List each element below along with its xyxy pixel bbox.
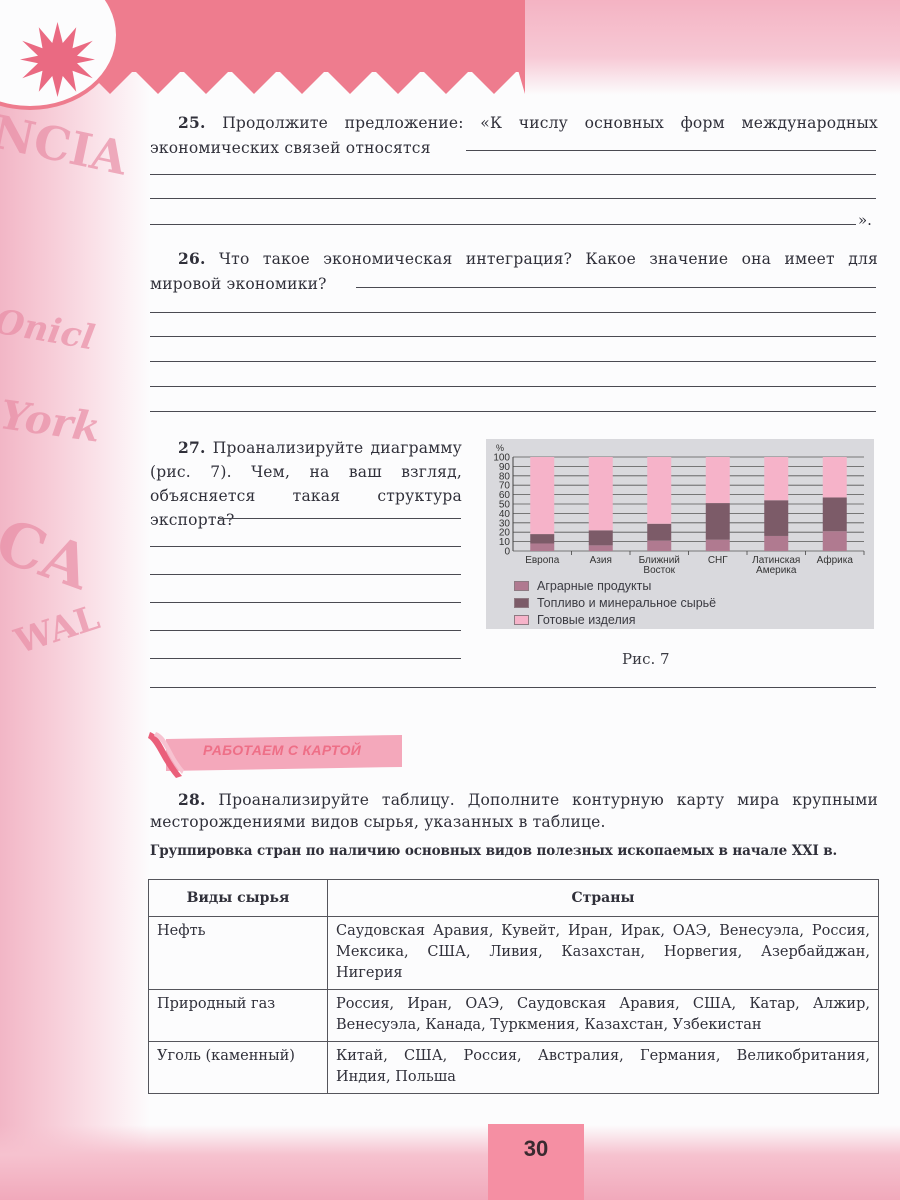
bar-segment	[589, 530, 613, 545]
figure-caption: Рис. 7	[622, 650, 670, 668]
task-28: 28. Проанализируйте таблицу. Дополните к…	[150, 789, 878, 833]
page-number: 30	[488, 1136, 584, 1162]
resource-cell: Уголь (каменный)	[149, 1042, 328, 1094]
table-header-row: Виды сырья Страны	[149, 880, 879, 917]
section-banner: РАБОТАЕМ С КАРТОЙ	[148, 728, 403, 780]
legend-swatch	[514, 581, 529, 591]
countries-cell: Китай, США, Россия, Австралия, Германия,…	[328, 1042, 879, 1094]
legend-label: Топливо и минеральное сырьё	[537, 596, 716, 610]
column-header-resource: Виды сырья	[149, 880, 328, 917]
task-number: 25.	[178, 113, 206, 132]
y-axis-label: %	[496, 443, 504, 453]
x-tick-label: Азия	[590, 555, 612, 566]
background-word: Onicl	[0, 302, 98, 359]
left-decorative-strip: NCIA Onicl York CA WAL	[0, 0, 150, 1200]
resource-cell: Нефть	[149, 917, 328, 990]
answer-line[interactable]	[150, 602, 461, 603]
header-photo-band	[525, 0, 900, 95]
bar-segment	[647, 541, 671, 551]
star-icon	[20, 22, 95, 97]
legend-item: Топливо и минеральное сырьё	[514, 595, 716, 611]
closing-quote: ».	[858, 211, 872, 229]
bar-segment	[647, 524, 671, 541]
y-tick-label: 20	[499, 528, 511, 539]
answer-line[interactable]	[150, 630, 461, 631]
answer-line[interactable]	[150, 174, 876, 175]
table-title: Группировка стран по наличию основных ви…	[150, 843, 837, 859]
background-word: NCIA	[0, 104, 132, 185]
y-tick-label: 10	[499, 537, 511, 548]
y-tick-label: 50	[499, 500, 511, 511]
y-tick-label: 80	[499, 471, 511, 482]
legend-item: Готовые изделия	[514, 612, 716, 628]
answer-line[interactable]	[150, 361, 876, 362]
footer-decoration	[0, 1125, 900, 1200]
y-tick-label: 70	[499, 481, 511, 492]
answer-line[interactable]	[150, 411, 876, 412]
x-tick-label: Африка	[817, 554, 854, 566]
bar-segment	[647, 457, 671, 524]
legend-label: Аграрные продукты	[537, 579, 651, 593]
bar-segment	[706, 540, 730, 551]
x-tick-label: Европа	[525, 555, 560, 566]
answer-line[interactable]	[150, 198, 876, 199]
bar-segment	[764, 457, 788, 500]
table-row: Нефть Саудовская Аравия, Кувейт, Иран, И…	[149, 917, 879, 990]
bar-segment	[530, 534, 554, 543]
task-25: 25. Продолжите предложение: «К числу осн…	[150, 110, 878, 161]
bar-segment	[589, 545, 613, 551]
chart-legend: Аграрные продуктыТопливо и минеральное с…	[514, 578, 716, 629]
bar-segment	[764, 500, 788, 536]
y-tick-label: 60	[499, 490, 511, 501]
y-tick-label: 90	[499, 462, 511, 473]
export-structure-chart: %0102030405060708090100ЕвропаАзияБлижний…	[486, 439, 874, 629]
bar-segment	[706, 457, 730, 503]
answer-line[interactable]	[150, 336, 876, 337]
answer-line[interactable]	[356, 287, 876, 288]
legend-swatch	[514, 598, 529, 608]
y-tick-label: 100	[493, 453, 510, 464]
background-word: WAL	[10, 598, 104, 663]
answer-line[interactable]	[150, 546, 461, 547]
answer-line[interactable]	[150, 224, 856, 225]
bar-segment	[706, 503, 730, 540]
answer-line[interactable]	[150, 312, 876, 313]
y-tick-label: 0	[504, 547, 510, 558]
page-number-box: 30	[488, 1124, 584, 1200]
countries-cell: Россия, Иран, ОАЭ, Саудовская Аравия, СШ…	[328, 990, 879, 1042]
answer-line[interactable]	[150, 687, 876, 688]
background-word: CA	[0, 506, 99, 604]
column-header-countries: Страны	[328, 880, 879, 917]
header-red-band	[60, 0, 525, 72]
task-number: 27.	[178, 438, 206, 457]
bar-segment	[589, 457, 613, 530]
bar-segment	[823, 497, 847, 531]
answer-line[interactable]	[150, 574, 461, 575]
zigzag-edge	[60, 68, 525, 94]
bar-segment	[764, 536, 788, 551]
task-26: 26. Что такое экономическая интеграция? …	[150, 246, 878, 297]
task-text: Проанализируйте таблицу. Дополните конту…	[150, 791, 878, 831]
x-tick-label: СНГ	[708, 555, 728, 566]
legend-swatch	[514, 615, 529, 625]
legend-label: Готовые изделия	[537, 613, 636, 627]
countries-cell: Саудовская Аравия, Кувейт, Иран, Ирак, О…	[328, 917, 879, 990]
resources-table: Виды сырья Страны Нефть Саудовская Арави…	[148, 879, 879, 1094]
x-tick-label: Восток	[643, 565, 675, 576]
banner-curl-decoration	[148, 728, 188, 780]
background-word: York	[0, 391, 103, 452]
resource-cell: Природный газ	[149, 990, 328, 1042]
header-decoration	[0, 0, 900, 95]
table-row: Уголь (каменный) Китай, США, Россия, Авс…	[149, 1042, 879, 1094]
x-tick-label: Америка	[756, 565, 797, 576]
bar-segment	[530, 457, 554, 534]
legend-item: Аграрные продукты	[514, 578, 716, 594]
answer-line[interactable]	[150, 386, 876, 387]
table-row: Природный газ Россия, Иран, ОАЭ, Саудовс…	[149, 990, 879, 1042]
y-tick-label: 40	[499, 509, 511, 520]
bar-segment	[823, 457, 847, 497]
y-tick-label: 30	[499, 518, 511, 529]
bar-segment	[530, 543, 554, 551]
task-number: 26.	[178, 249, 206, 268]
answer-line[interactable]	[150, 658, 461, 659]
stacked-bar-plot: %0102030405060708090100ЕвропаАзияБлижний…	[486, 439, 874, 579]
bar-segment	[823, 531, 847, 551]
task-number: 28.	[178, 790, 206, 809]
answer-line[interactable]	[218, 518, 461, 519]
section-banner-label: РАБОТАЕМ С КАРТОЙ	[203, 742, 361, 758]
answer-line[interactable]	[466, 150, 876, 151]
